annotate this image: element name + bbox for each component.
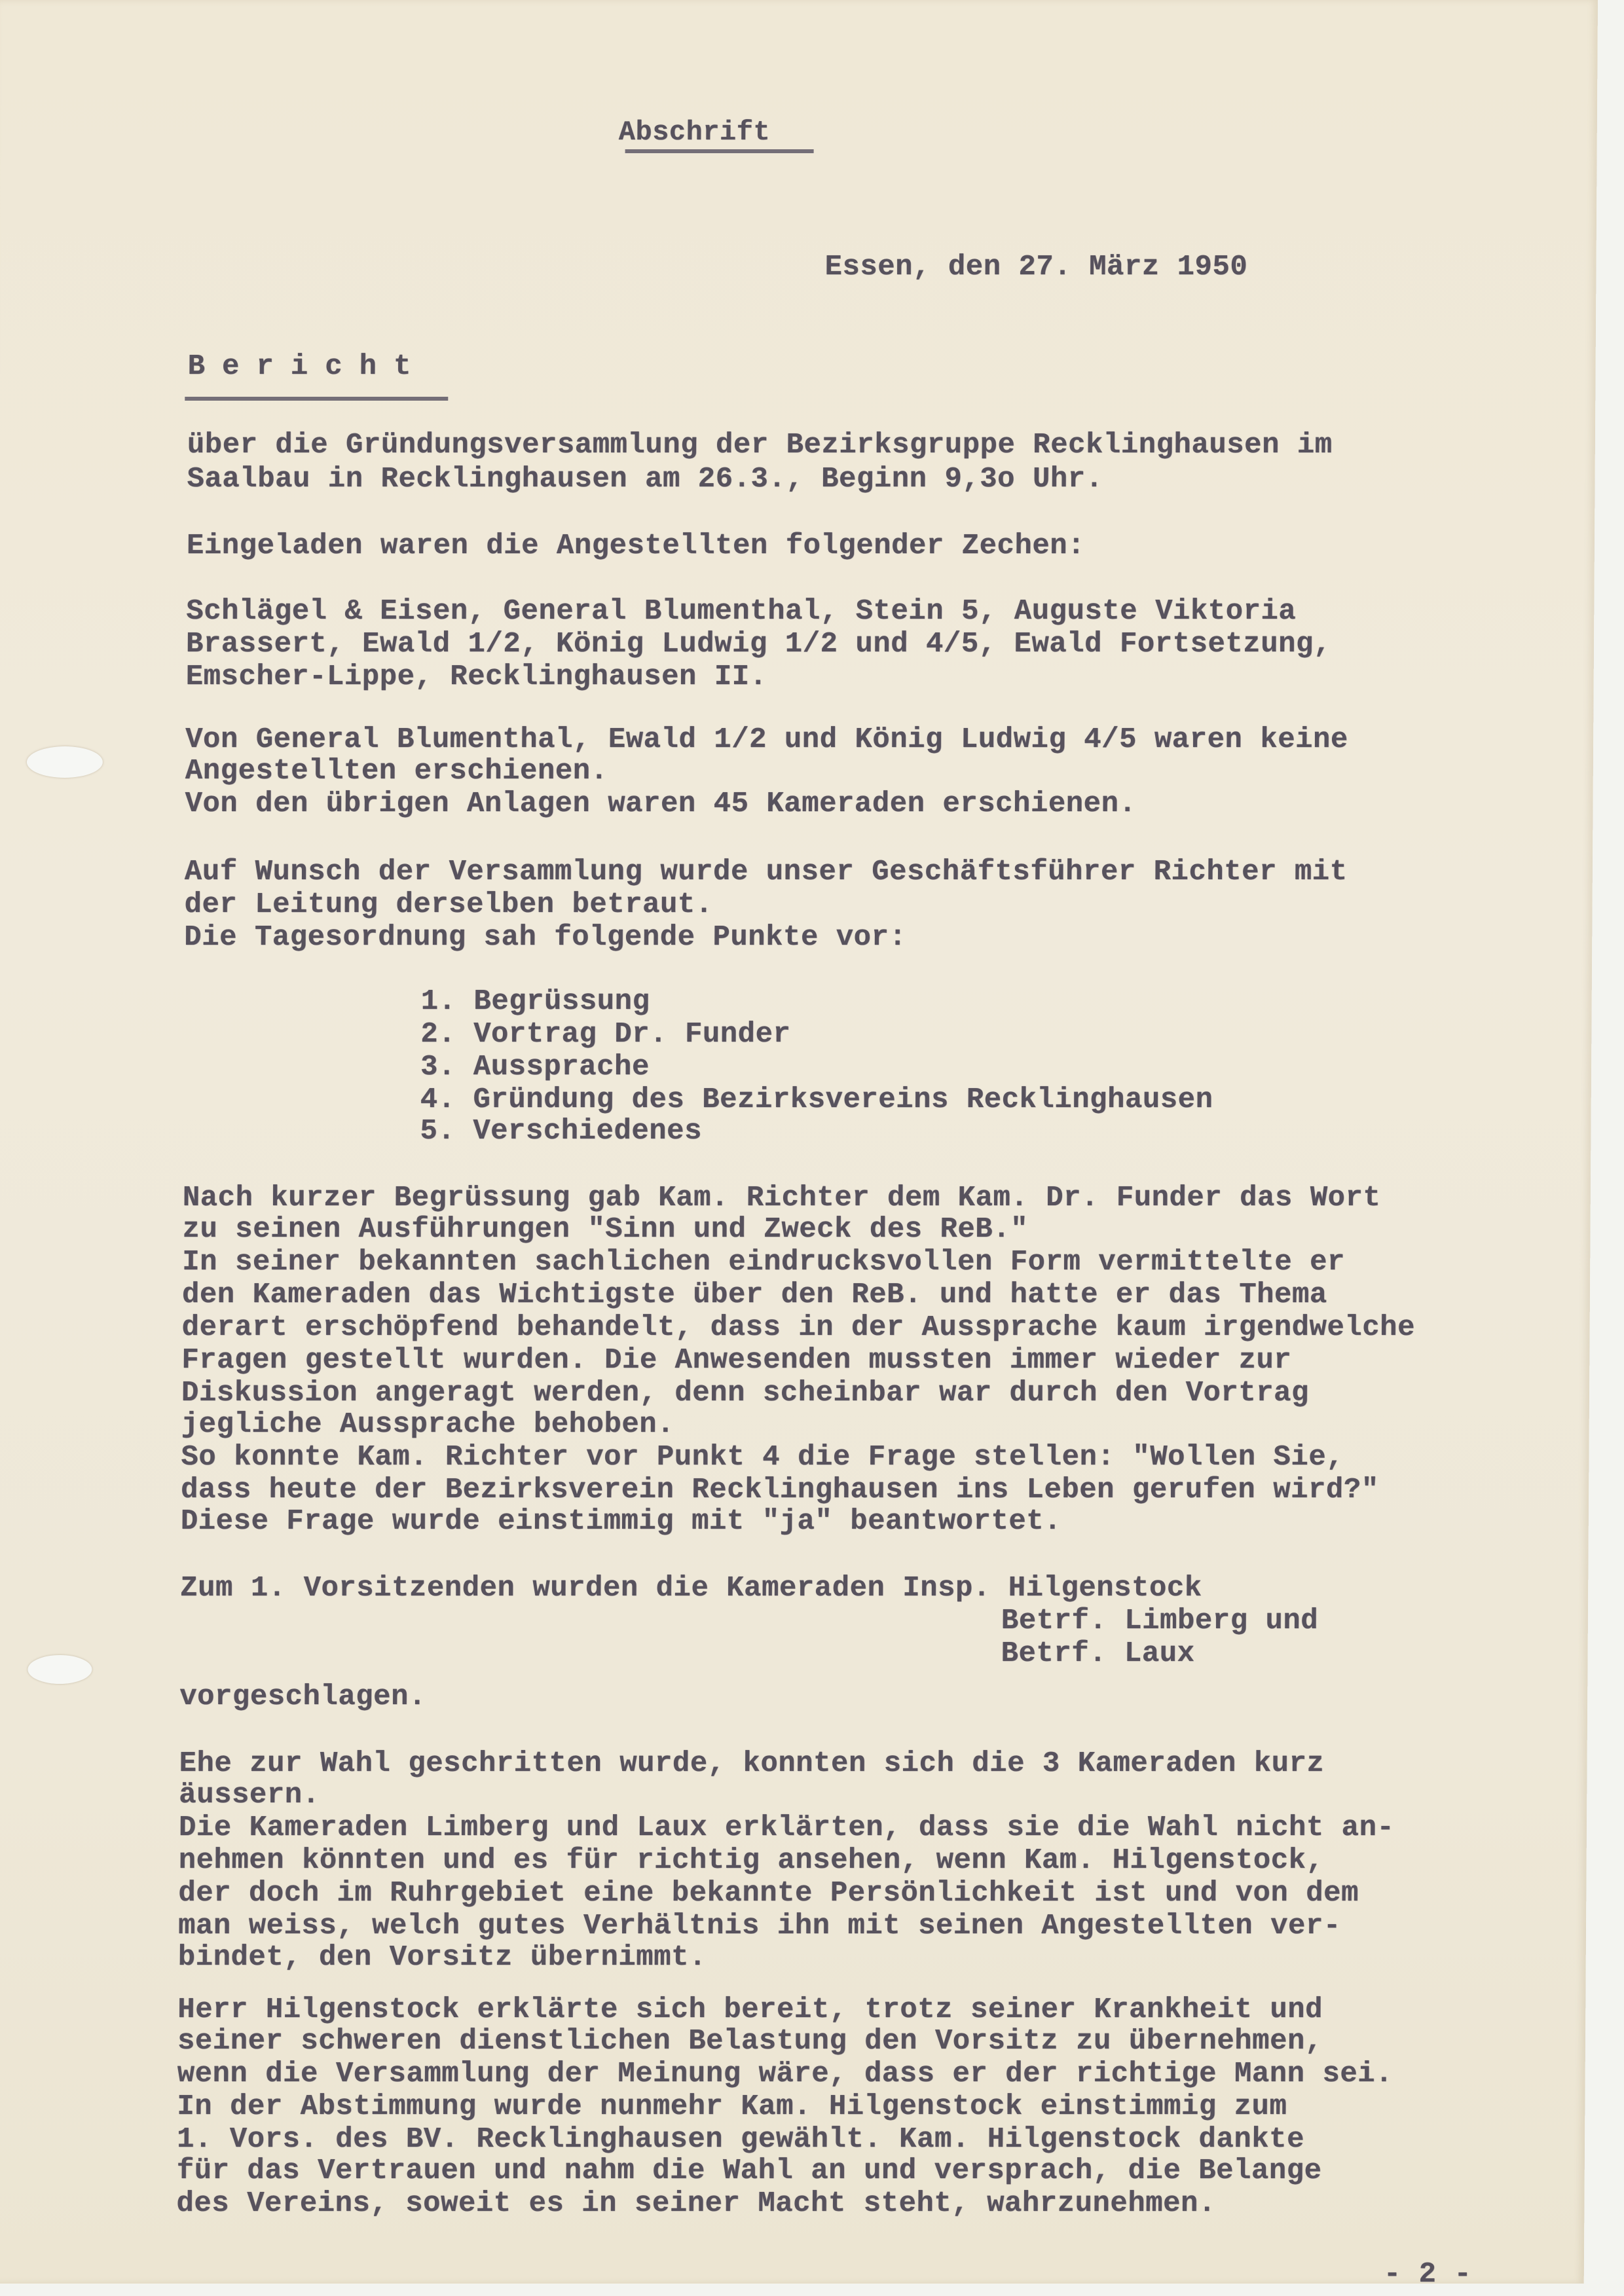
lecture-line: den Kameraden das Wichtigste über den Re… [182, 1278, 1327, 1312]
agenda-item: 3. Aussprache [420, 1050, 650, 1084]
attendance-line: Angestellten erschienen. [185, 754, 608, 788]
chair-line: der Leitung derselben betraut. [184, 888, 712, 922]
mines-line: Brassert, Ewald 1/2, König Ludwig 1/2 un… [186, 627, 1331, 661]
election-line: In der Abstimmung wurde nunmehr Kam. Hil… [177, 2090, 1287, 2124]
document-header-title: Abschrift [619, 115, 771, 149]
lecture-line: jegliche Aussprache behoben. [181, 1408, 675, 1442]
nominee-name: Betrf. Limberg und [1001, 1604, 1319, 1638]
election-line: für das Vertrauen und nahm die Wahl an u… [177, 2154, 1322, 2188]
lecture-line: In seiner bekannten sachlichen eindrucks… [182, 1245, 1345, 1279]
statements-line: nehmen könnten und es für richtig ansehe… [178, 1844, 1323, 1878]
paper-sheet: Abschrift Essen, den 27. März 1950 Beric… [0, 0, 1598, 2284]
agenda-item: 1. Begrüssung [420, 985, 650, 1019]
election-line: 1. Vors. des BV. Recklinghausen gewählt.… [177, 2123, 1304, 2157]
intro-line: über die Gründungsversammlung der Bezirk… [187, 428, 1333, 462]
chair-line: Auf Wunsch der Versammlung wurde unser G… [185, 855, 1348, 889]
intro-line: Saalbau in Recklinghausen am 26.3., Begi… [187, 462, 1103, 496]
mines-line: Schlägel & Eisen, General Blumenthal, St… [186, 594, 1296, 629]
agenda-item: 2. Vortrag Dr. Funder [420, 1017, 790, 1051]
lecture-line: derart erschöpfend behandelt, dass in de… [181, 1311, 1415, 1345]
statements-line: Die Kameraden Limberg und Laux erklärten… [179, 1811, 1395, 1845]
scanned-page: Abschrift Essen, den 27. März 1950 Beric… [0, 0, 1624, 2296]
lecture-line: Diese Frage wurde einstimmig mit "ja" be… [181, 1504, 1062, 1539]
election-line: des Vereins, soweit es in seiner Macht s… [176, 2187, 1216, 2221]
page-continuation-marker: - 2 - [1384, 2257, 1472, 2291]
lecture-line: Diskussion angeragt werden, denn scheinb… [181, 1376, 1309, 1410]
election-line: wenn die Versammlung der Meinung wäre, d… [177, 2057, 1393, 2091]
nomination-closing: vorgeschlagen. [179, 1680, 426, 1714]
nomination-line: Zum 1. Vorsitzenden wurden die Kameraden… [180, 1571, 1202, 1605]
election-line: seiner schweren dienstlichen Belastung d… [177, 2024, 1323, 2058]
lecture-line: dass heute der Bezirksverein Recklinghau… [181, 1473, 1379, 1507]
statements-line: äussern. [179, 1778, 320, 1812]
lecture-line: zu seinen Ausführungen "Sinn und Zweck d… [182, 1212, 1028, 1247]
report-heading: Bericht [187, 350, 428, 384]
attendance-line: Von General Blumenthal, Ewald 1/2 und Kö… [185, 723, 1348, 757]
lecture-line: Fragen gestellt wurden. Die Anwesenden m… [181, 1343, 1291, 1377]
report-heading-underline [185, 397, 448, 401]
attendance-line: Von den übrigen Anlagen waren 45 Kamerad… [185, 787, 1136, 821]
agenda-item: 4. Gründung des Bezirksvereins Recklingh… [420, 1083, 1213, 1117]
place-and-date: Essen, den 27. März 1950 [824, 250, 1247, 284]
election-line: Herr Hilgenstock erklärte sich bereit, t… [177, 1993, 1323, 2027]
statements-line: man weiss, welch gutes Verhältnis ihn mi… [178, 1909, 1341, 1943]
mines-line: Emscher-Lippe, Recklinghausen II. [186, 660, 767, 694]
statements-line: Ehe zur Wahl geschritten wurde, konnten … [179, 1747, 1324, 1781]
lecture-line: Nach kurzer Begrüssung gab Kam. Richter … [183, 1181, 1381, 1215]
punch-hole-upper [27, 746, 103, 778]
lecture-line: So konnte Kam. Richter vor Punkt 4 die F… [181, 1440, 1344, 1474]
invited-line: Eingeladen waren die Angestellten folgen… [187, 529, 1085, 563]
punch-hole-lower [28, 1655, 92, 1684]
agenda-item: 5. Verschiedenes [420, 1114, 702, 1148]
statements-line: der doch im Ruhrgebiet eine bekannte Per… [178, 1876, 1359, 1910]
statements-line: bindet, den Vorsitz übernimmt. [178, 1941, 707, 1975]
chair-line: Die Tagesordnung sah folgende Punkte vor… [184, 920, 906, 955]
header-title-underline [625, 149, 814, 153]
nominee-name: Betrf. Laux [1001, 1637, 1194, 1671]
